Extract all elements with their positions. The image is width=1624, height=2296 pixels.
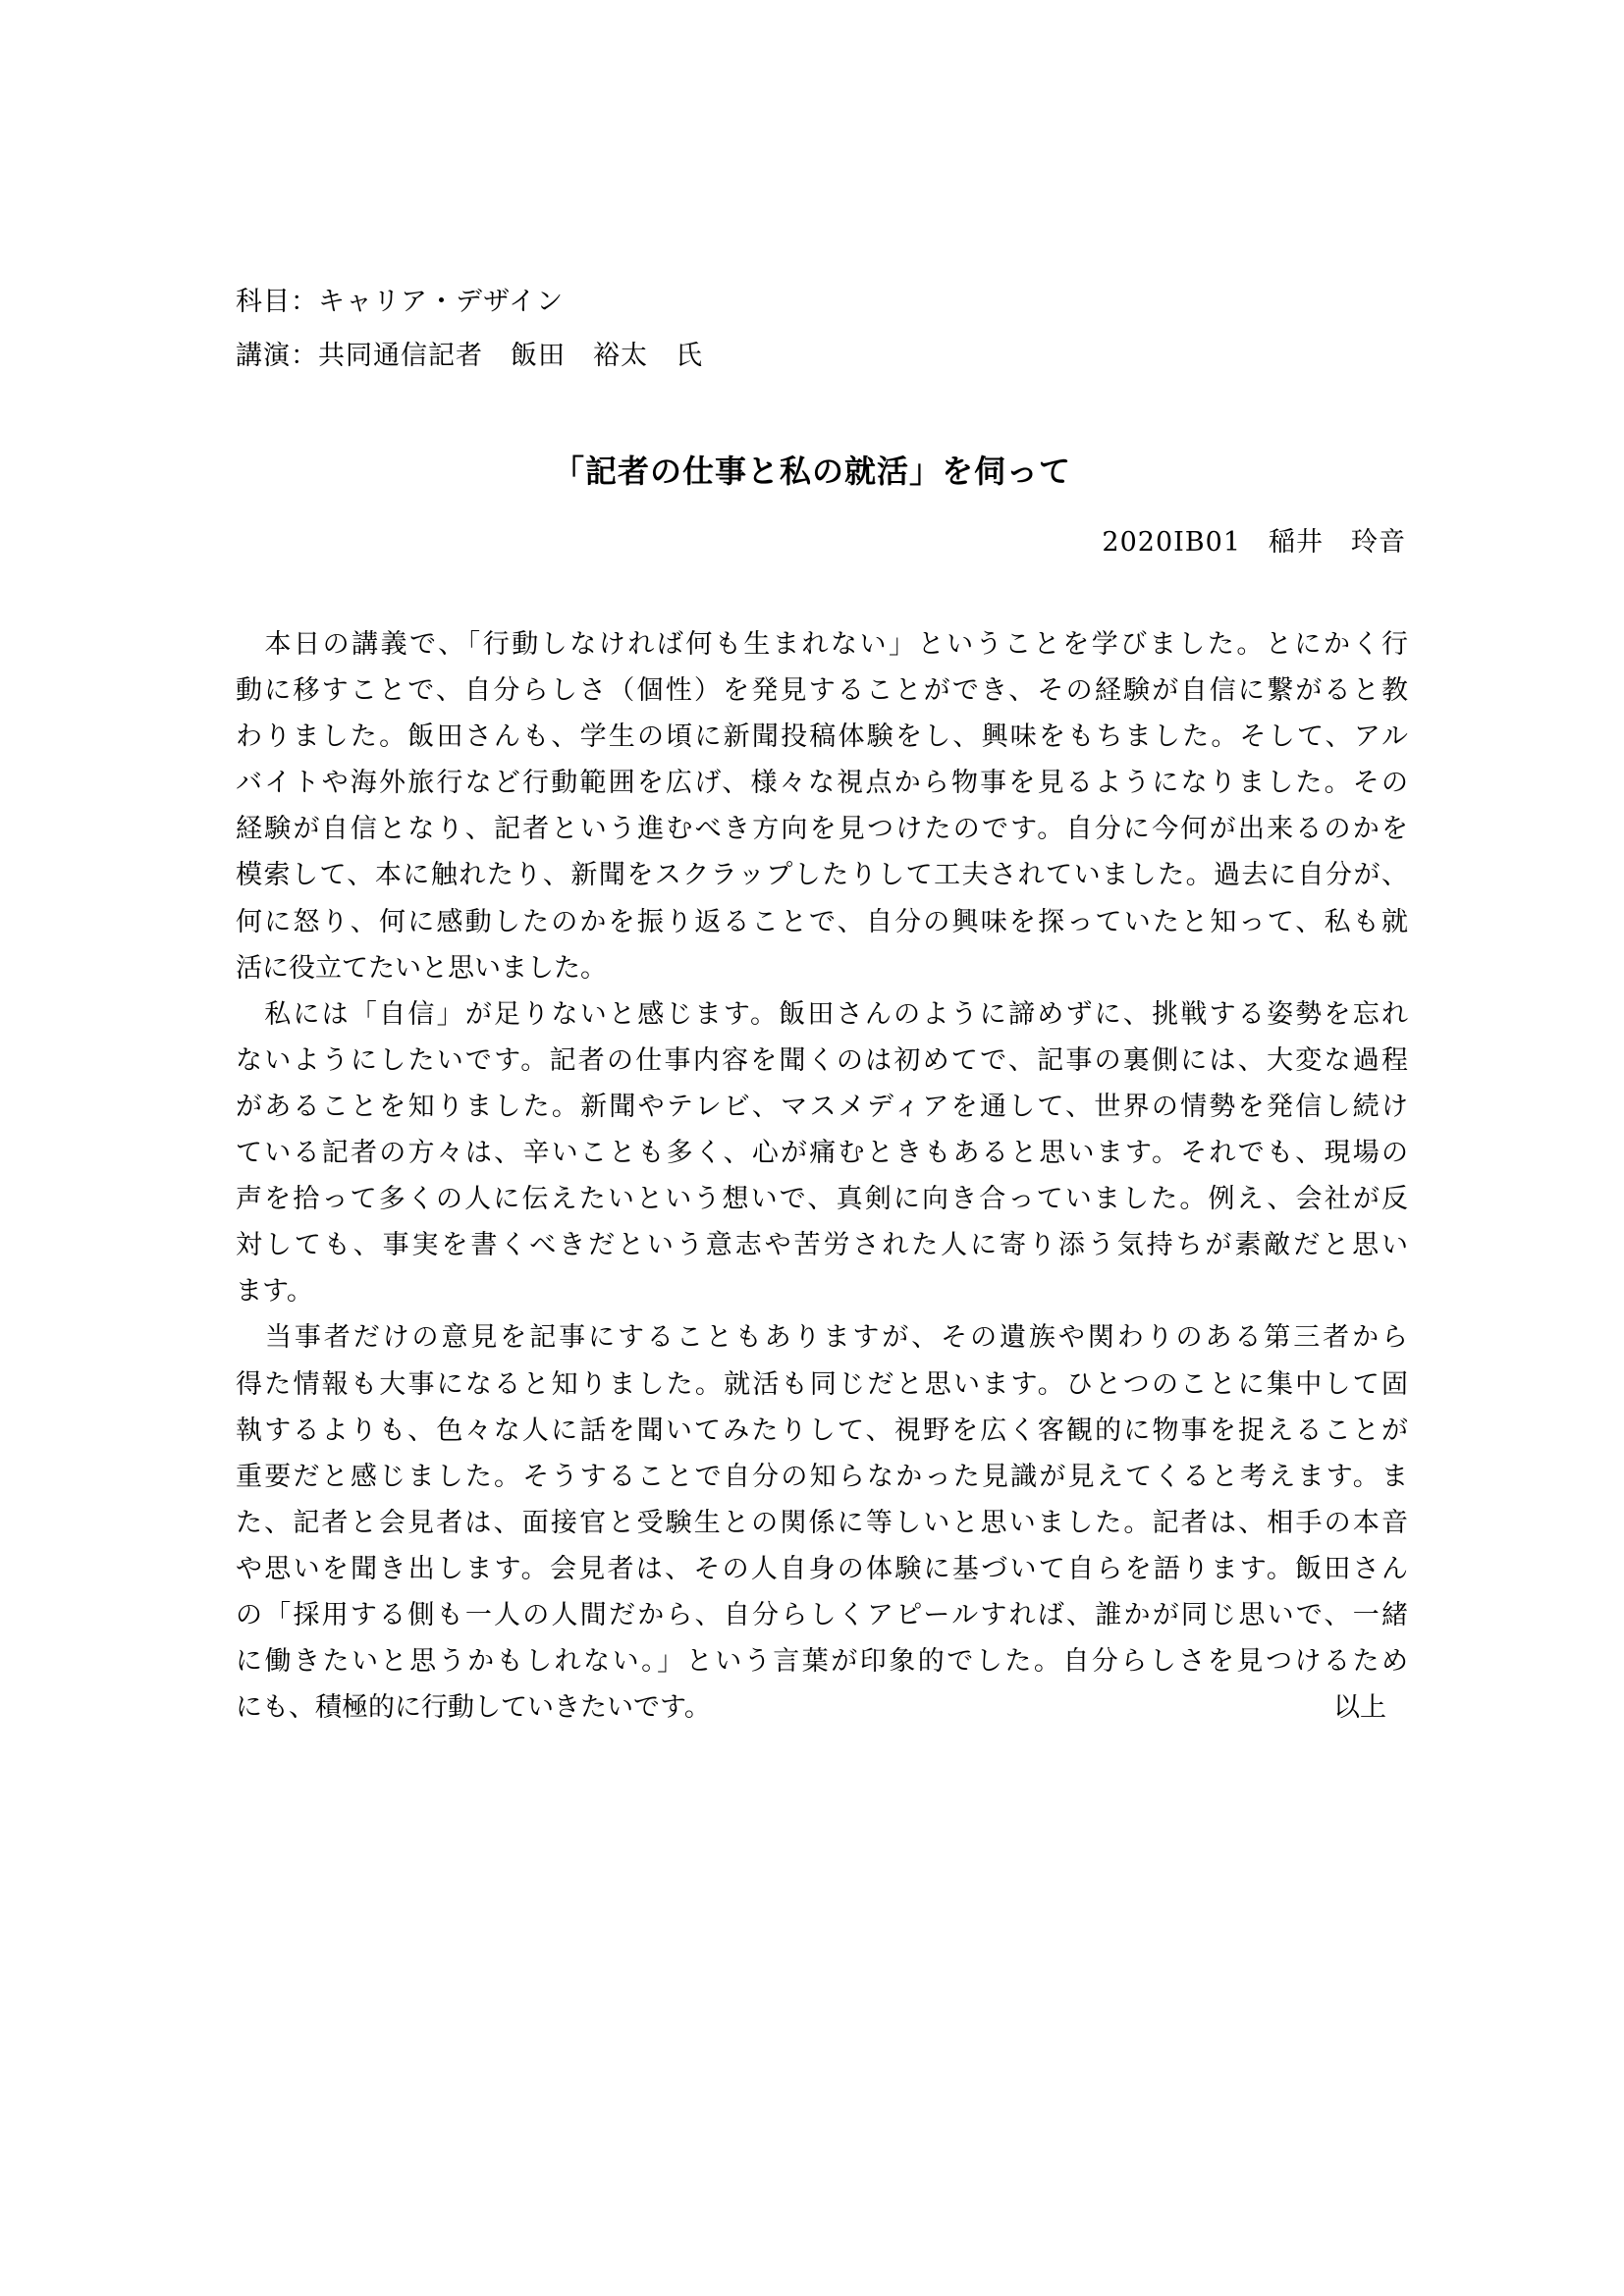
body-line: 声を拾って多くの人に伝えたいという想いで、真剣に向き合っていました。例え、会社が… [236,1176,1408,1222]
body-line: バイトや海外旅行など行動範囲を広げ、様々な視点から物事を見るようになりました。そ… [236,760,1408,806]
body-line: があることを知りました。新聞やテレビ、マスメディアを通して、世界の情勢を発信し続… [236,1084,1408,1130]
body-line: た、記者と会見者は、面接官と受験生との関係に等しいと思いました。記者は、相手の本… [236,1500,1408,1546]
body-line: や思いを聞き出します。会見者は、その人自身の体験に基づいて自らを語ります。飯田さ… [236,1546,1408,1592]
paragraph-2: 私には「自信」が足りないと感じます。飯田さんのように諦めずに、挑戦する姿勢を忘れ… [236,991,1408,1315]
document-header: 科目：キャリア・デザイン 講演：共同通信記者 飯田 裕太 氏 [236,275,703,383]
final-sentence: にも、積極的に行動していきたいです。 [236,1684,711,1731]
lecture-line: 講演：共同通信記者 飯田 裕太 氏 [236,329,703,383]
body-line: 活に役立てたいと思いました。 [236,945,1408,991]
body-line: ている記者の方々は、辛いことも多く、心が痛むときもあると思います。それでも、現場… [236,1130,1408,1176]
body-line: ないようにしたいです。記者の仕事内容を聞くのは初めてで、記事の裏側には、大変な過… [236,1038,1408,1084]
body-line: 重要だと感じました。そうすることで自分の知らなかった見識が見えてくると考えます。… [236,1454,1408,1500]
body-line: 何に怒り、何に感動したのかを振り返ることで、自分の興味を探っていたと知って、私も… [236,899,1408,945]
body-line: 対しても、事実を書くべきだという意志や苦労された人に寄り添う気持ちが素敵だと思い [236,1222,1408,1268]
document-title: 「記者の仕事と私の就活」を伺って [0,447,1624,492]
body-line: の「採用する側も一人の人間だから、自分らしくアピールすれば、誰かが同じ思いで、一… [236,1592,1408,1638]
paragraph-3: 当事者だけの意見を記事にすることもありますが、その遺族や関わりのある第三者から … [236,1314,1408,1731]
paragraph-1: 本日の講義で、「行動しなければ何も生まれない」ということを学びました。とにかく行… [236,621,1408,991]
body-line: わりました。飯田さんも、学生の頃に新聞投稿体験をし、興味をもちました。そして、ア… [236,714,1408,760]
body-line: 得た情報も大事になると知りました。就活も同じだと思います。ひとつのことに集中して… [236,1362,1408,1408]
body-line: 経験が自信となり、記者という進むべき方向を見つけたのです。自分に今何が出来るのか… [236,806,1408,852]
final-line: にも、積極的に行動していきたいです。 以上 [236,1684,1408,1731]
subject-line: 科目：キャリア・デザイン [236,275,703,329]
body-line: 当事者だけの意見を記事にすることもありますが、その遺族や関わりのある第三者から [236,1314,1408,1361]
document-page: 科目：キャリア・デザイン 講演：共同通信記者 飯田 裕太 氏 「記者の仕事と私の… [0,0,1624,2296]
body-line: 執するよりも、色々な人に話を聞いてみたりして、視野を広く客観的に物事を捉えること… [236,1408,1408,1454]
body-line: に働きたいと思うかもしれない。」という言葉が印象的でした。自分らしさを見つけるた… [236,1638,1408,1684]
body-line: ます。 [236,1268,1408,1314]
document-body: 本日の講義で、「行動しなければ何も生まれない」ということを学びました。とにかく行… [236,621,1408,1731]
author-line: 2020IB01 稲井 玲音 [1102,520,1406,559]
body-line: 動に移すことで、自分らしさ（個性）を発見することができ、その経験が自信に繋がると… [236,667,1408,714]
body-line: 本日の講義で、「行動しなければ何も生まれない」ということを学びました。とにかく行 [236,621,1408,667]
body-line: 私には「自信」が足りないと感じます。飯田さんのように諦めずに、挑戦する姿勢を忘れ [236,991,1408,1038]
body-line: 模索して、本に触れたり、新聞をスクラップしたりして工夫されていました。過去に自分… [236,852,1408,898]
closing-mark: 以上 [1333,1684,1386,1731]
